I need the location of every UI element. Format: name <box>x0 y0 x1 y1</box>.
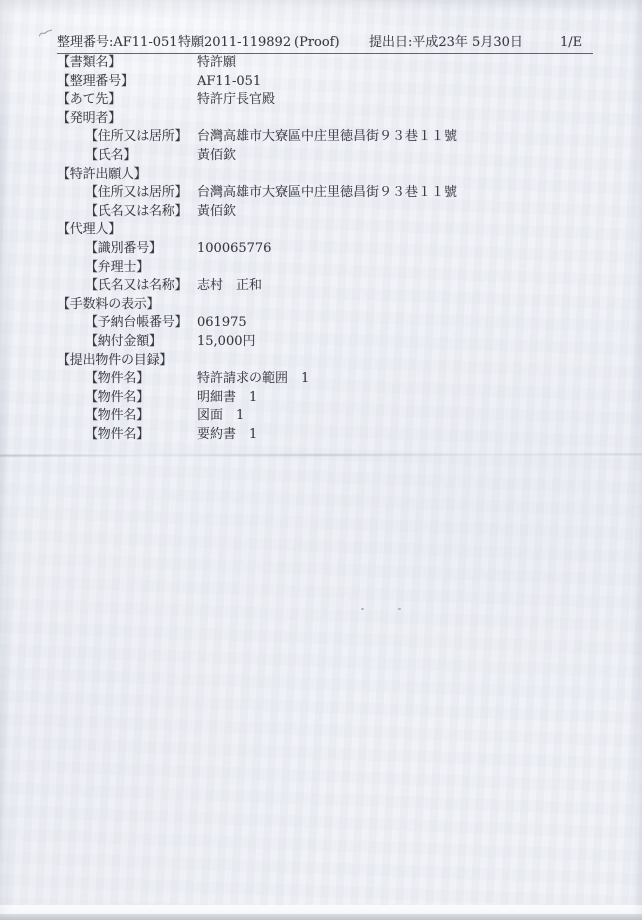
field-label: 【住所又は居所】 <box>85 128 187 147</box>
scan-bottom-white-strip <box>0 905 642 914</box>
scan-bottom-edge <box>0 914 642 920</box>
field-value: 特許庁長官殿 <box>197 91 275 110</box>
document-row: 【特許出願人】 <box>57 166 602 185</box>
field-value: 15,000円 <box>197 333 256 352</box>
field-value: 特許請求の範囲 1 <box>197 370 309 389</box>
field-value: AF11-051 <box>197 73 261 92</box>
field-label: 【手数料の表示】 <box>57 296 159 315</box>
header-proof-label: (Proof) <box>294 35 340 51</box>
field-value: 図面 1 <box>197 407 244 426</box>
field-label: 【住所又は居所】 <box>85 184 187 203</box>
field-label: 【物件名】 <box>85 407 149 426</box>
document-row: 【物件名】 図面 1 <box>57 407 602 426</box>
field-value: 061975 <box>197 314 247 333</box>
field-value: 100065776 <box>197 240 271 259</box>
field-label: 【特許出願人】 <box>57 166 147 185</box>
field-value: 黃佰欽 <box>197 203 236 222</box>
field-label: 【提出物件の目録】 <box>57 352 172 371</box>
document-row: 【氏名又は名称】 黃佰欽 <box>57 203 602 222</box>
document-row: 【予納台帳番号】 061975 <box>57 314 602 333</box>
scanned-patent-application-page: 整理番号:AF11-051 特願2011-119892 (Proof) 提出日:… <box>0 0 642 920</box>
document-fields: 【書類名】 特許願 【整理番号】 AF11-051 【あて先】 特許庁長官殿 【… <box>57 54 602 444</box>
field-label: 【識別番号】 <box>85 240 162 259</box>
field-label: 【発明者】 <box>57 110 121 129</box>
document-row: 【整理番号】 AF11-051 <box>57 73 602 92</box>
field-label: 【氏名又は名称】 <box>85 203 187 222</box>
field-label: 【予納台帳番号】 <box>85 314 187 333</box>
document-row: 【発明者】 <box>57 110 602 129</box>
document-row: 【物件名】 明細書 1 <box>57 389 602 408</box>
field-value: 台灣高雄市大寮區中庄里徳昌街９３巷１１號 <box>197 128 457 147</box>
field-label: 【物件名】 <box>85 370 149 389</box>
document-row: 【納付金額】 15,000円 <box>57 333 602 352</box>
document-row: 【住所又は居所】 台灣高雄市大寮區中庄里徳昌街９３巷１１號 <box>57 128 602 147</box>
field-label: 【物件名】 <box>85 389 149 408</box>
field-label: 【書類名】 <box>57 54 121 73</box>
field-label: 【整理番号】 <box>57 73 134 92</box>
field-value: 黃佰欽 <box>197 147 236 166</box>
fold-crease-line <box>0 453 642 456</box>
header-submission-date: 提出日:平成23年 5月30日 <box>369 35 523 51</box>
dust-speck <box>361 608 364 610</box>
field-label: 【氏名】 <box>85 147 136 166</box>
document-row: 【識別番号】 100065776 <box>57 240 602 259</box>
field-value: 要約書 1 <box>197 426 257 445</box>
field-value: 台灣高雄市大寮區中庄里徳昌街９３巷１１號 <box>197 184 457 203</box>
document-row: 【氏名又は名称】 志村 正和 <box>57 277 602 296</box>
document-row: 【代理人】 <box>57 221 602 240</box>
field-label: 【氏名又は名称】 <box>85 277 187 296</box>
field-value: 明細書 1 <box>197 389 257 408</box>
document-row: 【物件名】 要約書 1 <box>57 426 602 445</box>
page-header: 整理番号:AF11-051 特願2011-119892 (Proof) 提出日:… <box>57 35 593 54</box>
header-application-number: 特願2011-119892 <box>178 35 291 51</box>
field-value: 志村 正和 <box>197 277 262 296</box>
field-label: 【物件名】 <box>85 426 149 445</box>
header-page-indicator: 1/E <box>560 35 582 51</box>
field-label: 【あて先】 <box>57 91 121 110</box>
document-row: 【住所又は居所】 台灣高雄市大寮區中庄里徳昌街９３巷１１號 <box>57 184 602 203</box>
field-label: 【納付金額】 <box>85 333 162 352</box>
document-row: 【あて先】 特許庁長官殿 <box>57 91 602 110</box>
field-label: 【代理人】 <box>57 221 121 240</box>
document-row: 【提出物件の目録】 <box>57 352 602 371</box>
field-value: 特許願 <box>197 54 236 73</box>
field-label: 【弁理士】 <box>85 259 149 278</box>
document-row: 【弁理士】 <box>57 259 602 278</box>
document-row: 【物件名】 特許請求の範囲 1 <box>57 370 602 389</box>
header-reference-number: 整理番号:AF11-051 <box>57 35 178 51</box>
dust-speck <box>398 608 401 610</box>
document-row: 【手数料の表示】 <box>57 296 602 315</box>
document-row: 【氏名】 黃佰欽 <box>57 147 602 166</box>
crease-mark-icon <box>38 27 54 39</box>
document-row: 【書類名】 特許願 <box>57 54 602 73</box>
